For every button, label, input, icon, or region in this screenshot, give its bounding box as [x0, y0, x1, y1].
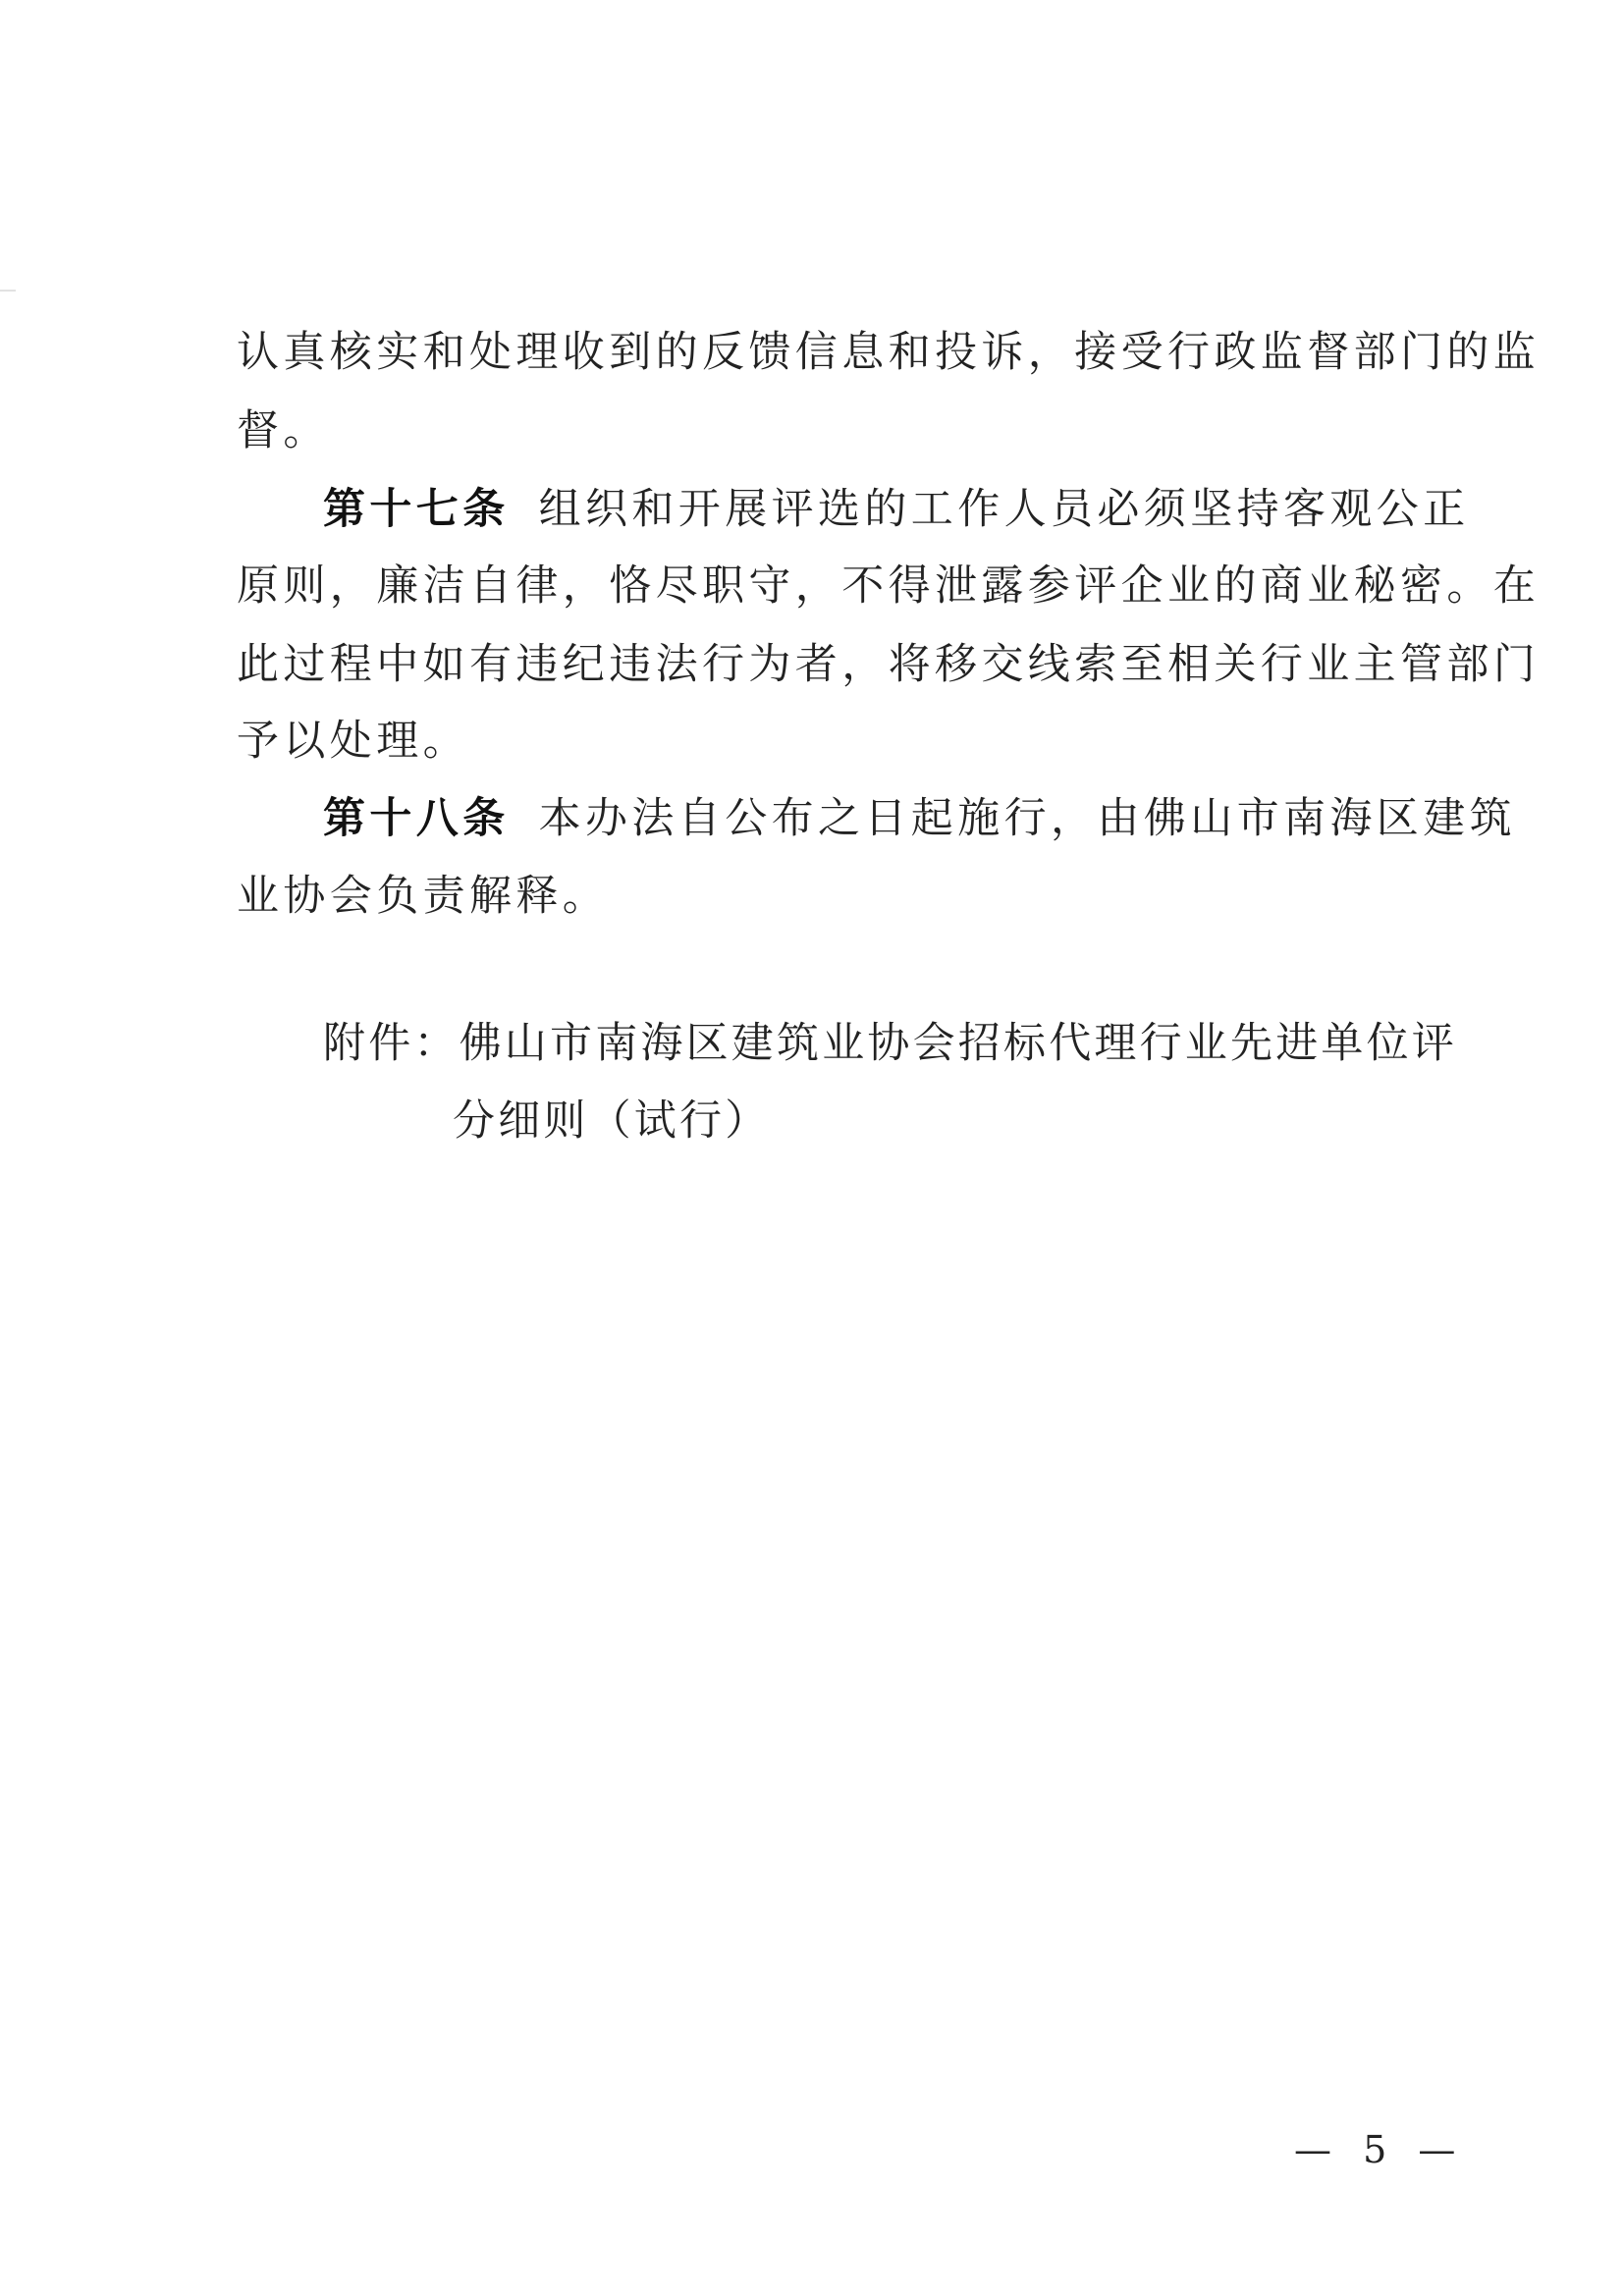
article-17-line: 予以处理。: [237, 716, 1435, 767]
document-page: 认真核实和处理收到的反馈信息和投诉，接受行政监督部门的监 督。 第十七条组织和开…: [0, 0, 1624, 2296]
article-17-line: 此过程中如有违纪违法行为者，将移交线索至相关行业主管部门: [237, 639, 1435, 690]
article-17-label: 第十七条: [323, 485, 510, 534]
page-number: — 5 —: [1294, 2128, 1465, 2171]
attachment-title-cont: 分细则（试行）: [453, 1095, 1624, 1147]
scan-edge-mark: [0, 290, 16, 292]
attachment-label: 附件：: [323, 1019, 460, 1068]
article-17-text: 组织和开展评选的工作人员必须坚持客观公正: [539, 485, 1470, 534]
article-17-first-line: 第十七条组织和开展评选的工作人员必须坚持客观公正: [323, 484, 1521, 535]
attachment-title: 佛山市南海区建筑业协会招标代理行业先进单位评: [460, 1019, 1457, 1068]
attachment-line: 附件：佛山市南海区建筑业协会招标代理行业先进单位评: [323, 1018, 1521, 1069]
paragraph-line: 督。: [237, 405, 1435, 456]
article-18-first-line: 第十八条本办法自公布之日起施行，由佛山市南海区建筑: [323, 793, 1521, 844]
article-18-text: 本办法自公布之日起施行，由佛山市南海区建筑: [539, 794, 1516, 843]
article-18-line: 业协会负责解释。: [237, 871, 1435, 922]
article-18-label: 第十八条: [323, 794, 510, 843]
article-17-line: 原则，廉洁自律，恪尽职守，不得泄露参评企业的商业秘密。在: [237, 561, 1435, 612]
paragraph-line: 认真核实和处理收到的反馈信息和投诉，接受行政监督部门的监: [237, 327, 1435, 378]
